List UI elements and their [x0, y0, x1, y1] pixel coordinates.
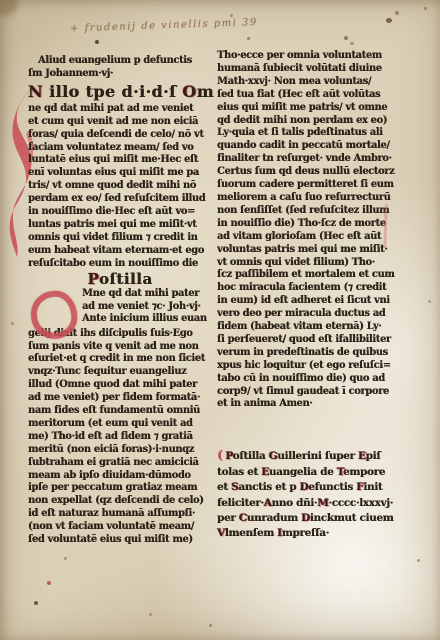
foxing-spot	[34, 601, 38, 605]
foxing-spot	[149, 613, 152, 616]
text-line: et in anima Amen·	[217, 398, 413, 411]
manuscript-annotation: + frudenij de vinellis pmi 39	[70, 17, 270, 35]
text-line: luntas patris mei qui me miſit·vt	[28, 219, 212, 232]
text-line: ſum panis vite q venit ad me non	[28, 341, 212, 354]
text-line: ipſe per peccatum gratiaz meam	[28, 482, 212, 495]
text-line: eſuriet·et q credit in me non ſiciet	[28, 353, 212, 366]
text-line: xpus hic loquitur (et ego reſuſci=	[217, 360, 413, 373]
colophon-line: tolas et Euangelia de Tempore	[217, 465, 413, 480]
text-line: vnqz·Tunc ſequitur euangeliuz	[28, 366, 212, 379]
colophon-line: per Cunradum Dinckmut ciuem	[217, 511, 413, 526]
text-line: tabo cū in nouiſſimo die) quo ad	[217, 373, 413, 386]
text-line: omnis qui videt filium ⁊ credit in	[28, 232, 212, 245]
text-line: meritū (non eiciā foras)·i·nunqz	[28, 444, 212, 457]
text-line: vt omnis qui videt filium) Tho·	[217, 257, 413, 270]
foxing-spot	[230, 14, 233, 17]
lemma-block: Mne qd dat mihi pater ad me veniet ⁊c· J…	[28, 288, 212, 328]
incunabulum-page: + frudenij de vinellis pmi 39 Aliud euan…	[0, 0, 440, 640]
text-line: vero deo per miracula ductus ad	[217, 308, 413, 321]
text-line: qd dedit mihi non perdam ex eo)	[217, 115, 413, 128]
colophon: (Poſtilla Guillerini ſuper Epiſ tolas et…	[217, 448, 413, 541]
text-line: ſuorum cadere permitteret ſi eum	[217, 179, 413, 192]
foxing-spot	[64, 557, 67, 560]
foxing-spot	[344, 36, 348, 40]
foxing-spot	[395, 11, 399, 15]
text-line: ſed voluntatē eius qui miſit me)	[28, 534, 212, 547]
colophon-line: et Sanctis et p Defunctis Finit	[217, 480, 413, 495]
text-line: Mne qd dat mihi pater	[82, 288, 212, 301]
text-line: finaliter tn reſurget· vnde Ambro·	[217, 153, 413, 166]
text-line: ſubtraham ei gratiā nec amiciciā	[28, 457, 212, 470]
text-line: faciam voluntatez meam/ ſed vo	[28, 142, 212, 155]
foxing-spot	[428, 300, 431, 303]
text-line: ad me veniet) per fidem formatā·	[28, 392, 212, 405]
text-line: Certus ſum qd deus nullū electorz	[217, 166, 413, 179]
foxing-spot	[386, 18, 392, 23]
text-line: perdam ex eo/ ſed reſuſcitem illud	[28, 193, 212, 206]
foxing-spot	[0, 0, 18, 16]
foxing-spot	[424, 7, 427, 10]
pericope-heading: ſm Johannem·vj·	[28, 68, 212, 81]
foxing-spot	[11, 322, 14, 325]
text-line: nam fides eſt fundamentū omniū	[28, 405, 212, 418]
text-line: ſed tua fiat (Hec eſt aūt volūtas	[217, 89, 413, 102]
postilla-header: Poſtilla	[28, 271, 212, 288]
text-line: illud (Omne quod dat mihi pater	[28, 379, 212, 392]
foxing-spot	[417, 559, 420, 562]
text-line: id eſt naturaz humanā aſſumpſi·	[28, 508, 212, 521]
gospel-incipit: N illo tpe d·i·d·ſ Om	[28, 82, 212, 102]
text-line: et cum qui venit ad me non eiciā	[28, 116, 212, 129]
text-line: Ly·quia et ſi talis pdeſtinatus ali	[217, 127, 413, 140]
text-line: Tho·ecce per omnia voluntatem	[217, 50, 413, 63]
text-line: eum habeat vitam eternam·et ego	[28, 245, 212, 258]
right-column: Tho·ecce per omnia voluntatemhumanā ſubi…	[217, 50, 413, 542]
text-line: in nouiſſimo die·Hec eſt aūt vo=	[28, 206, 212, 219]
commentary-text: gelij dixit ihs diſcipulis ſuis·Egoſum p…	[28, 328, 212, 547]
foxing-spot	[350, 42, 354, 45]
text-line: reſuſcitabo eum in nouiſſimo die	[28, 258, 212, 271]
text-line: ne qd dat mihi pat ad me veniet	[28, 103, 212, 116]
text-line: ſi perſeueret/ quod eſt ifallibiliter	[217, 334, 413, 347]
colophon-line: feliciter·Anno dñi·M·cccc·lxxxvj·	[217, 496, 413, 511]
foxing-spot	[247, 37, 250, 40]
text-line: ad me veniet ⁊c· Joh·vj·	[82, 301, 212, 314]
text-line: meritorum (et eum qui venit ad	[28, 418, 212, 431]
foxing-spot	[209, 624, 212, 627]
text-line: luntatē eius qui miſit me·Hec eſt	[28, 154, 212, 167]
text-line: verum in predeſtinatis de quibus	[217, 347, 413, 360]
text-line: eius qui miſit me patris/ vt omne	[217, 102, 413, 115]
red-ink-dot	[47, 581, 51, 585]
text-line: me) Tho·id eſt ad fidem ⁊ gratiā	[28, 431, 212, 444]
text-line: tris/ vt omne quod dedit mihi nō	[28, 180, 212, 193]
text-line: Ante inicium illius euan	[82, 313, 212, 326]
colophon-line: (Poſtilla Guillerini ſuper Epiſ	[217, 448, 413, 464]
text-line: corp9/ vt ſimul gaudeat ī corpore	[217, 386, 413, 399]
text-line: Math·xxvj· Non mea voluntas/	[217, 76, 413, 89]
text-line: meam ab ipſo diuidam·dūmodo	[28, 470, 212, 483]
text-line: fidem (habeat vitam eternā) Ly·	[217, 321, 413, 334]
foxing-spot	[95, 40, 99, 44]
text-line: enī voluntas eius qui miſit me pa	[28, 167, 212, 180]
text-line: (non vt faciam voluntatē meam/	[28, 521, 212, 534]
text-line: non expellat (qz deſcendi de celo)	[28, 495, 212, 508]
text-line: humanā ſubiecit volūtati diuine	[217, 63, 413, 76]
pericope-heading: Aliud euangelium p defunctis	[28, 55, 212, 68]
text-line: foras/ quia deſcendi de celo/ nō vt	[28, 129, 212, 142]
text-line: in eum) id eſt adheret ei ſicut vni	[217, 295, 413, 308]
gospel-text: ne qd dat mihi pat ad me venietet cum qu…	[28, 103, 212, 271]
text-line: quando cadit in peccatū mortale/	[217, 140, 413, 153]
colophon-line: Vlmenſem Impreſſa·	[217, 526, 413, 541]
left-column: Aliud euangelium p defunctis ſm Johannem…	[28, 55, 212, 547]
text-line: ſcz paſſibilem et mortalem et cum	[217, 269, 413, 282]
text-line: meliorem a caſu ſuo reſurrecturū	[217, 192, 413, 205]
text-line: hoc miracula facientem (⁊ credit	[217, 282, 413, 295]
